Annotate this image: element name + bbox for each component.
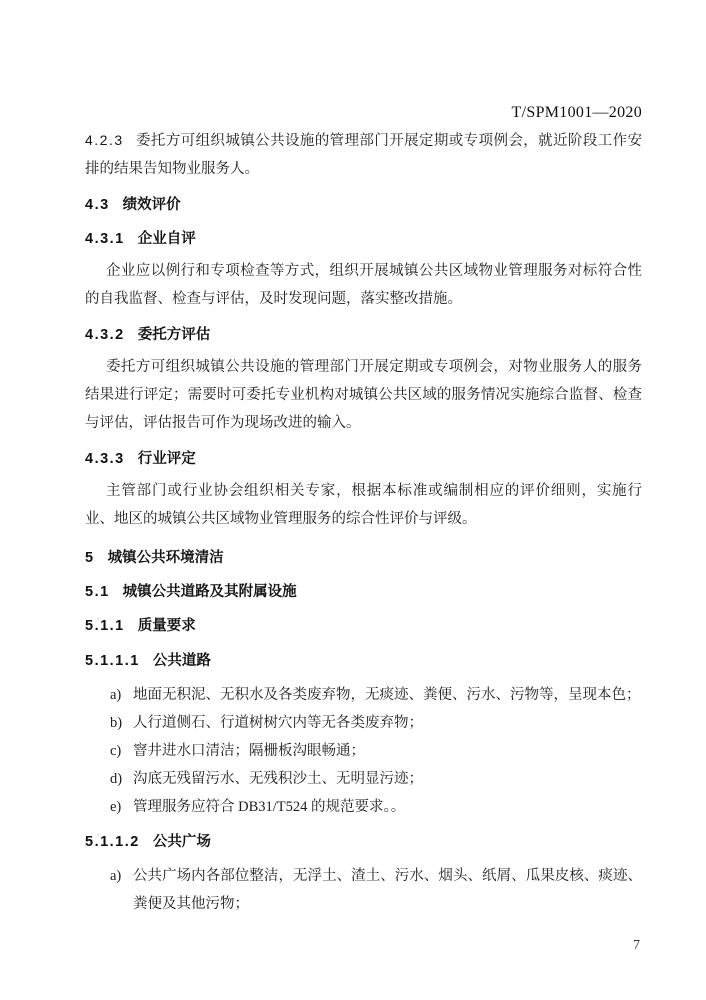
heading-5-1-number: 5.1 [85, 584, 110, 600]
clause-4-2-3-number: 4.2.3 [85, 132, 124, 148]
list-item-label: a) [110, 681, 121, 709]
list-5-1-1-1: a)地面无积泥、无积水及各类废弃物，无痰迹、粪便、污水、污物等，呈现本色； b)… [85, 681, 642, 821]
heading-5-1-1-number: 5.1.1 [85, 618, 125, 634]
heading-5-1-1-1: 5.1.1.1公共道路 [85, 648, 642, 674]
clause-4-2-3: 4.2.3委托方可组织城镇公共设施的管理部门开展定期或专项例会，就近阶段工作安排… [85, 126, 642, 183]
heading-5-1: 5.1城镇公共道路及其附属设施 [85, 579, 642, 605]
heading-4-3-number: 4.3 [85, 197, 110, 213]
document-page: T/SPM1001—2020 4.2.3委托方可组织城镇公共设施的管理部门开展定… [0, 0, 706, 1000]
list-item-label: d) [110, 765, 122, 793]
list-item-text: 管理服务应符合 DB31/T524 的规范要求。。 [133, 799, 405, 815]
heading-5-1-1-2: 5.1.1.2公共广场 [85, 829, 642, 855]
page-number: 7 [633, 938, 640, 954]
list-item-label: a) [110, 862, 121, 890]
heading-4-3-2-number: 4.3.2 [85, 327, 125, 343]
heading-5-1-1-1-title: 公共道路 [153, 653, 211, 669]
heading-5-1-1-2-title: 公共广场 [153, 834, 211, 850]
list-item: a)公共广场内各部位整洁，无浮土、渣土、污水、烟头、纸屑、瓜果皮核、痰迹、粪便及… [85, 862, 642, 918]
heading-5-1-1: 5.1.1质量要求 [85, 613, 642, 639]
paragraph-4-3-1: 企业应以例行和专项检查等方式，组织开展城镇公共区域物业管理服务对标符合性的自我监… [85, 257, 642, 313]
heading-4-3-2: 4.3.2委托方评估 [85, 322, 642, 348]
heading-5-1-1-title: 质量要求 [138, 618, 196, 634]
list-item-text: 地面无积泥、无积水及各类废弃物，无痰迹、粪便、污水、污物等，呈现本色； [133, 687, 641, 703]
heading-4-3-1: 4.3.1企业自评 [85, 226, 642, 252]
list-item-label: b) [110, 709, 122, 737]
standard-number: T/SPM1001—2020 [512, 104, 642, 121]
heading-4-3-1-number: 4.3.1 [85, 231, 125, 247]
heading-4-3-3-number: 4.3.3 [85, 451, 125, 467]
document-header: T/SPM1001—2020 [85, 103, 642, 122]
list-5-1-1-2: a)公共广场内各部位整洁，无浮土、渣土、污水、烟头、纸屑、瓜果皮核、痰迹、粪便及… [85, 862, 642, 918]
paragraph-4-3-3: 主管部门或行业协会组织相关专家，根据本标准或编制相应的评价细则，实施行业、地区的… [85, 477, 642, 533]
heading-4-3-1-title: 企业自评 [138, 231, 196, 247]
heading-5-1-1-2-number: 5.1.1.2 [85, 834, 140, 850]
heading-4-3-3-title: 行业评定 [138, 451, 196, 467]
clause-4-2-3-text: 委托方可组织城镇公共设施的管理部门开展定期或专项例会，就近阶段工作安排的结果告知… [85, 133, 642, 177]
list-item: d)沟底无残留污水、无残积沙土、无明显污迹； [85, 765, 642, 793]
list-item-text: 公共广场内各部位整洁，无浮土、渣土、污水、烟头、纸屑、瓜果皮核、痰迹、粪便及其他… [133, 868, 642, 912]
heading-5-1-1-1-number: 5.1.1.1 [85, 653, 140, 669]
heading-5-title: 城镇公共环境清洁 [108, 550, 224, 566]
list-item: c)窨井进水口清洁；隔栅板沟眼畅通； [85, 737, 642, 765]
heading-5-number: 5 [85, 550, 95, 566]
heading-5-1-title: 城镇公共道路及其附属设施 [123, 584, 297, 600]
list-item-text: 人行道侧石、行道树树穴内等无各类废弃物； [133, 715, 423, 731]
heading-4-3-2-title: 委托方评估 [138, 327, 211, 343]
list-item-label: c) [110, 737, 121, 765]
heading-4-3: 4.3绩效评价 [85, 192, 642, 218]
list-item-text: 窨井进水口清洁；隔栅板沟眼畅通； [133, 743, 365, 759]
list-item: e)管理服务应符合 DB31/T524 的规范要求。。 [85, 793, 642, 821]
paragraph-4-3-2: 委托方可组织城镇公共设施的管理部门开展定期或专项例会，对物业服务人的服务结果进行… [85, 353, 642, 437]
heading-4-3-title: 绩效评价 [123, 197, 181, 213]
heading-4-3-3: 4.3.3行业评定 [85, 446, 642, 472]
list-item-text: 沟底无残留污水、无残积沙土、无明显污迹； [133, 771, 423, 787]
list-item-label: e) [110, 793, 121, 821]
heading-5: 5城镇公共环境清洁 [85, 545, 642, 571]
list-item: b)人行道侧石、行道树树穴内等无各类废弃物； [85, 709, 642, 737]
list-item: a)地面无积泥、无积水及各类废弃物，无痰迹、粪便、污水、污物等，呈现本色； [85, 681, 642, 709]
